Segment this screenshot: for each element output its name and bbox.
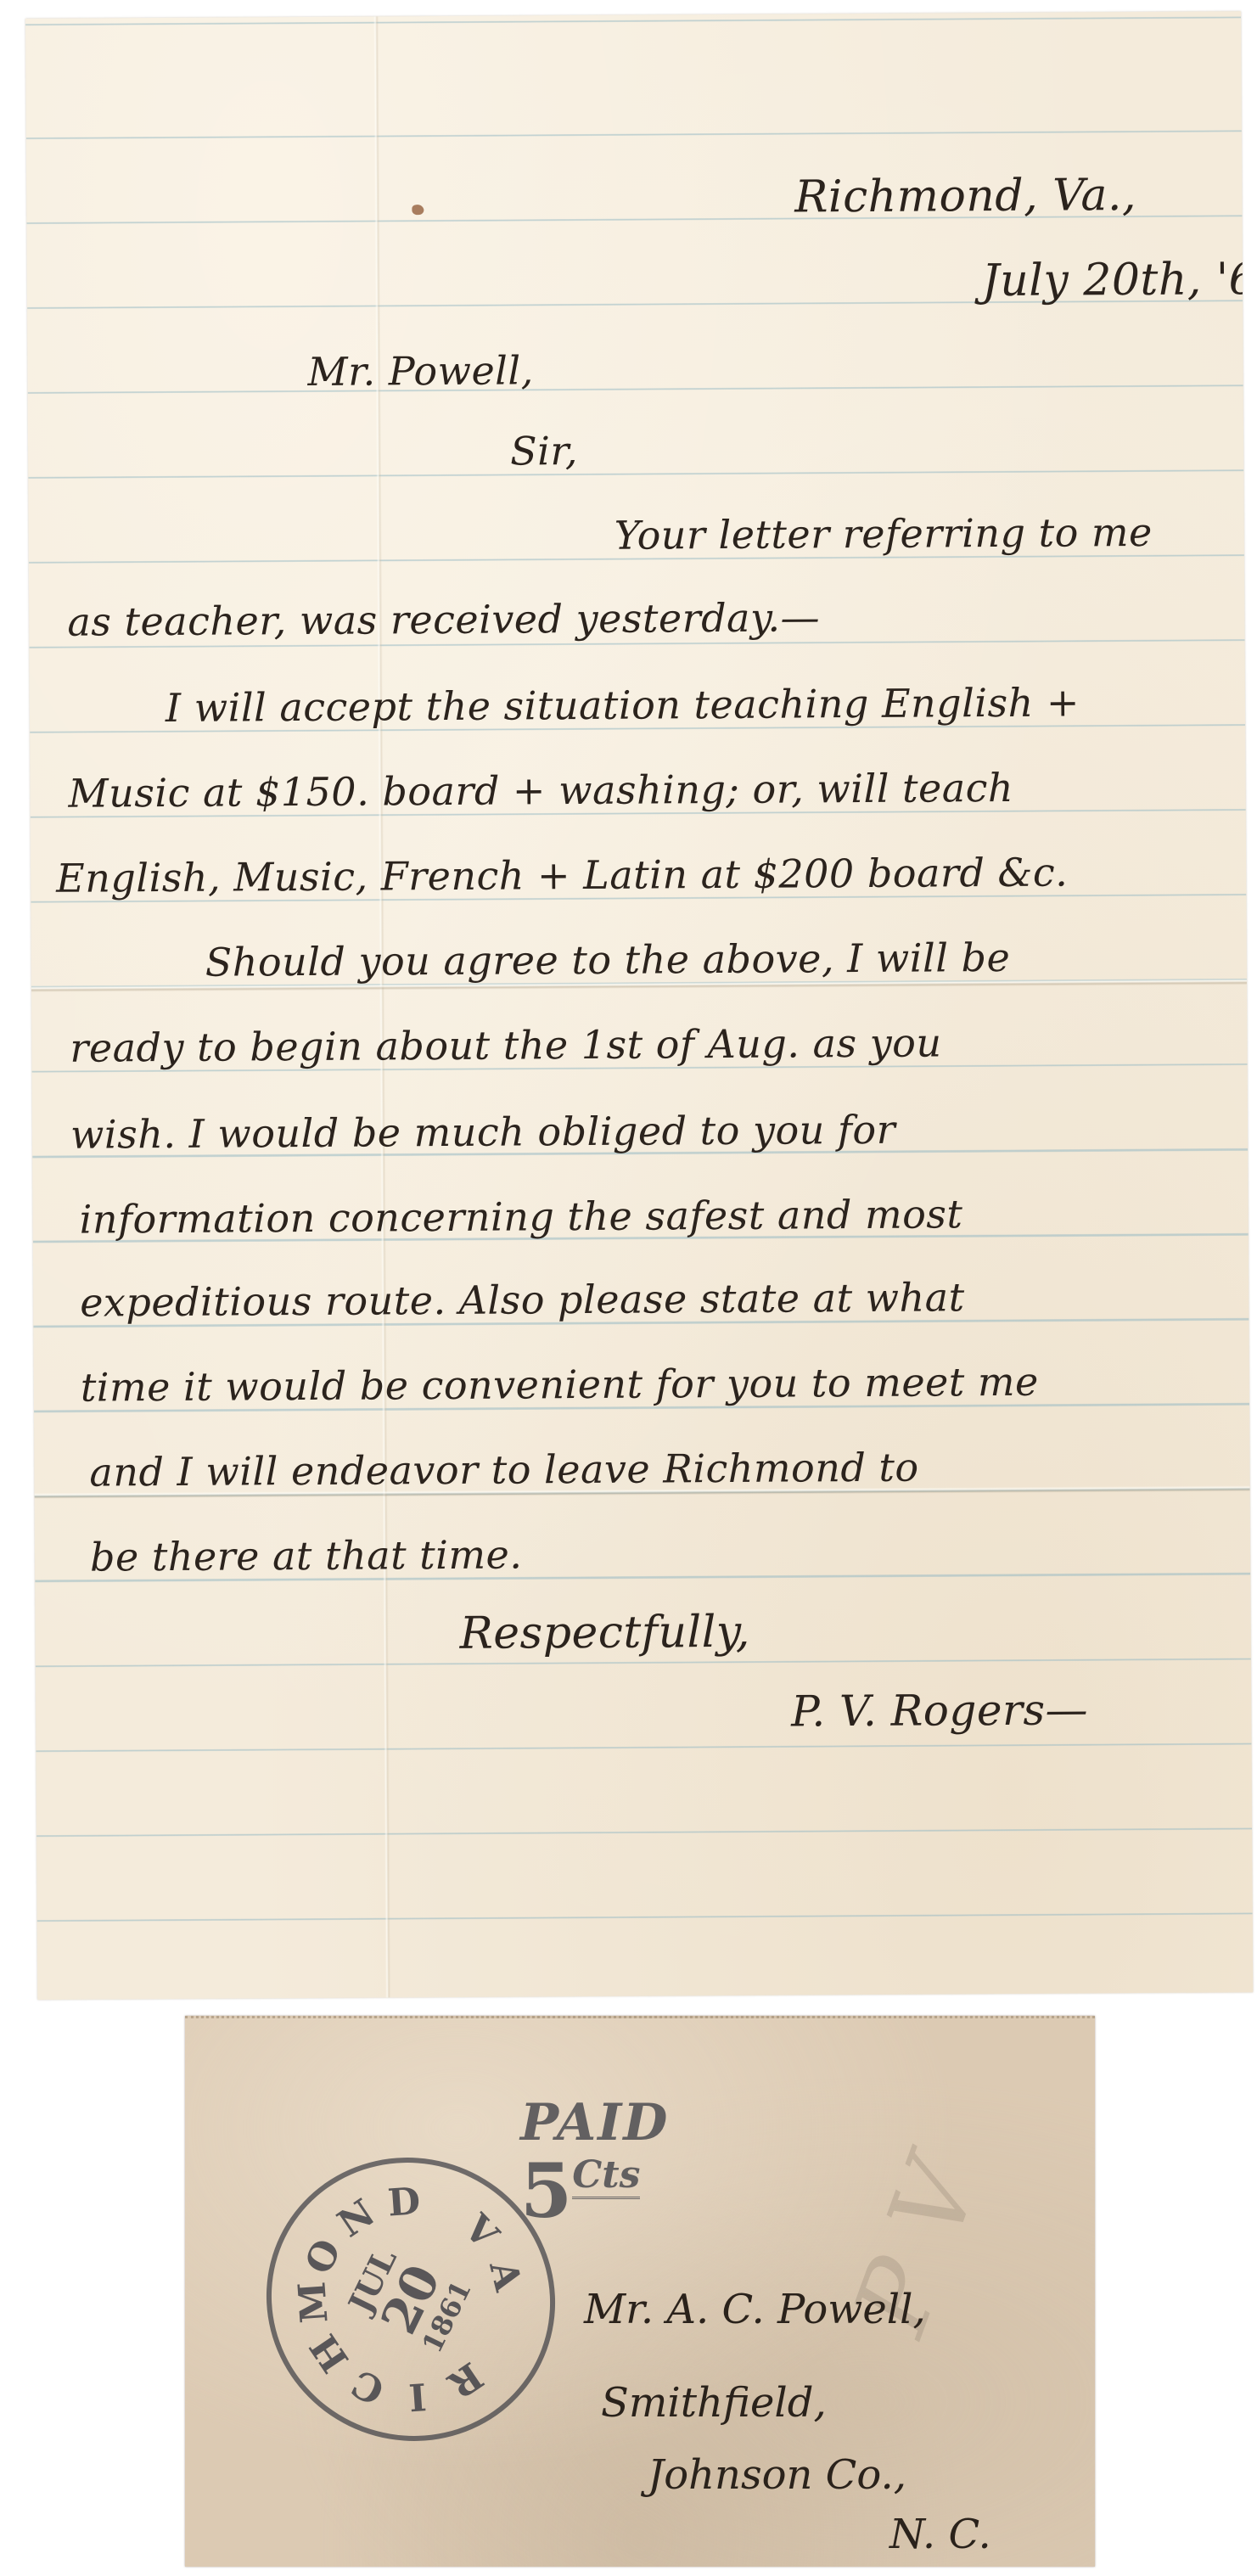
body-line: Should you agree to the above, I will be xyxy=(205,938,1011,982)
rate-amount: 5 xyxy=(520,2147,572,2235)
salutation-recipient: Mr. Powell, xyxy=(307,351,533,391)
letter-signature: P. V. Rogers— xyxy=(791,1688,1088,1732)
postmark-letter: R xyxy=(439,2353,491,2408)
salutation-greeting: Sir, xyxy=(510,431,578,470)
rate-unit: Cts xyxy=(572,2153,640,2199)
ink-stain xyxy=(412,205,424,215)
letter-place: Richmond, Va., xyxy=(794,173,1136,219)
address-line-town: Smithfield, xyxy=(601,2379,827,2427)
body-line: Music at $150. board + washing; or, will… xyxy=(68,768,1013,813)
body-line: wish. I would be much obliged to you for xyxy=(70,1110,895,1154)
paid-label: PAID xyxy=(520,2097,669,2148)
postmark-letter: M xyxy=(291,2287,337,2324)
envelope: P V R I C H M O N D V A JUL 20 1861 PAID… xyxy=(185,2016,1095,2567)
address-line-county: Johnson Co., xyxy=(648,2451,906,2499)
body-line: information concerning the safest and mo… xyxy=(80,1194,963,1238)
body-line: be there at that time. xyxy=(90,1535,523,1576)
body-line: Your letter referring to me xyxy=(614,513,1153,555)
address-line-state: N. C. xyxy=(889,2511,991,2558)
body-line: as teacher, was received yesterday.— xyxy=(67,598,820,641)
letter-date: July 20th, '61. xyxy=(982,257,1253,303)
address-line-recipient: Mr. A. C. Powell, xyxy=(584,2286,926,2333)
body-line: time it would be convenient for you to m… xyxy=(81,1362,1039,1407)
rate-value: 5Cts xyxy=(520,2153,669,2228)
body-line: ready to begin about the 1st of Aug. as … xyxy=(70,1023,941,1067)
body-line: expeditious route. Also please state at … xyxy=(80,1277,965,1322)
body-line: and I will endeavor to leave Richmond to xyxy=(89,1448,918,1492)
letter-closing: Respectfully, xyxy=(459,1610,750,1656)
body-line: English, Music, French + Latin at $200 b… xyxy=(56,853,1068,898)
body-line: I will accept the situation teaching Eng… xyxy=(166,682,1080,727)
letter-sheet: Richmond, Va., July 20th, '61. Mr. Powel… xyxy=(25,11,1253,2000)
postmark-letter: O xyxy=(296,2232,350,2281)
rate-stamp: PAID 5Cts xyxy=(520,2097,669,2228)
